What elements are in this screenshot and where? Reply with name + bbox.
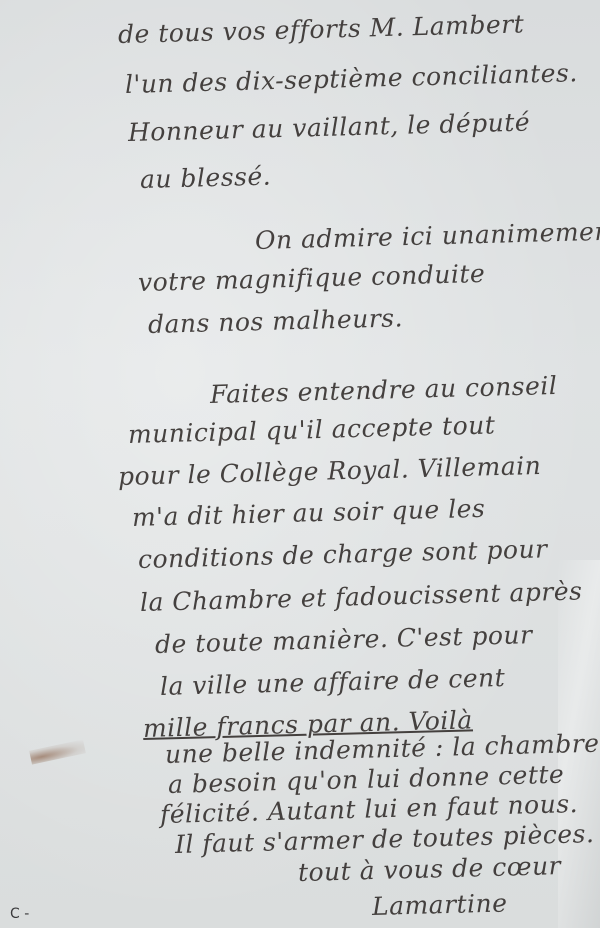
letter-line-9: municipal qu'il accepte tout (128, 410, 496, 449)
letter-line-4: au blessé. (140, 162, 272, 194)
letter-line-15: la ville une affaire de cent (160, 663, 506, 701)
letter-line-12: conditions de charge sont pour (138, 534, 548, 574)
letter-line-3: Honneur au vaillant, le député (128, 107, 531, 147)
letter-page: de tous vos efforts M. Lambert l'un des … (0, 0, 600, 928)
letter-line-13: la Chambre et fadoucissent après (140, 576, 583, 617)
letter-line-10: pour le Collège Royal. Villemain (118, 451, 542, 491)
folio-mark: C - (10, 906, 29, 922)
letter-line-1: de tous vos efforts M. Lambert (118, 9, 525, 49)
letter-line-2: l'un des dix-septième conciliantes. (125, 58, 578, 99)
letter-line-11: m'a dit hier au soir que les (132, 494, 486, 532)
ink-stain (29, 739, 86, 764)
signature: Lamartine (372, 888, 508, 921)
letter-line-8: Faites entendre au conseil (210, 371, 558, 409)
letter-line-14: de toute manière. C'est pour (155, 620, 533, 659)
closing-line: tout à vous de cœur (298, 851, 562, 887)
letter-line-5: On admire ici unanimement (255, 216, 600, 255)
letter-line-6: votre magnifique conduite (138, 259, 486, 297)
letter-line-7: dans nos malheurs. (148, 303, 404, 339)
